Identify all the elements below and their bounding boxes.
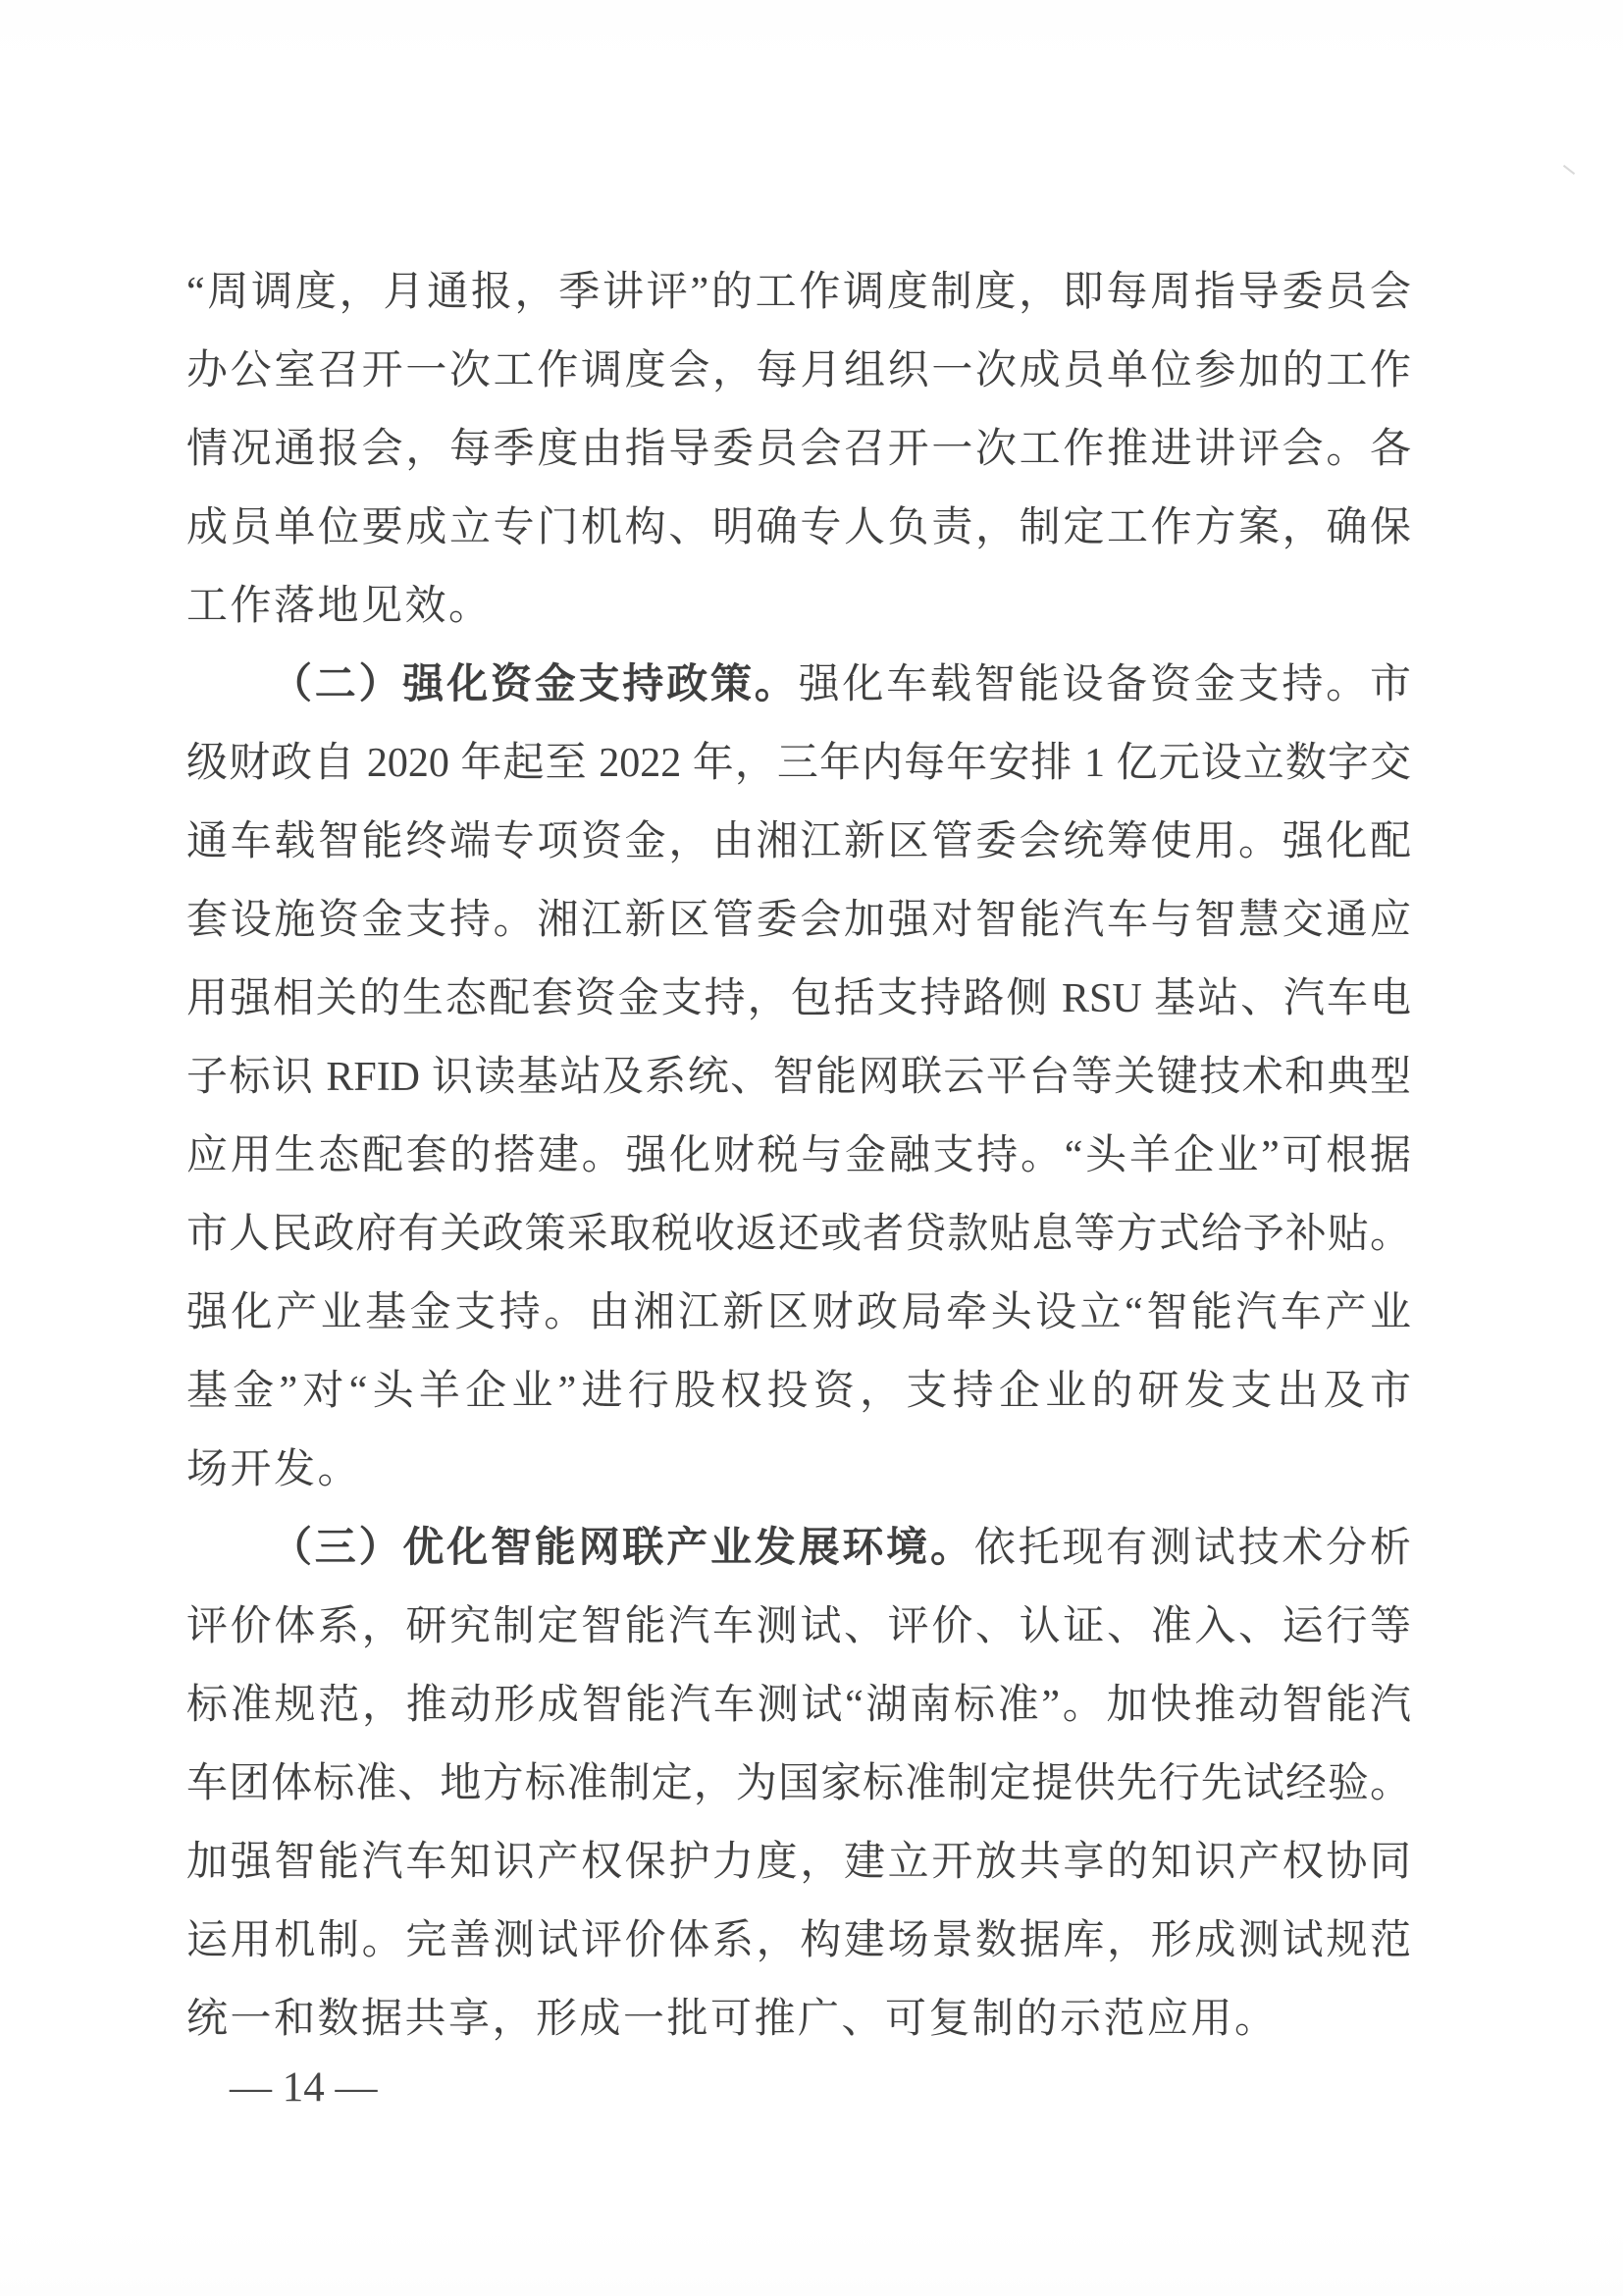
text-line: 市人民政府有关政策采取税收返还或者贷款贴息等方式给予补贴。 [186,1195,1411,1274]
text-line-body: 强化车载智能设备资金支持。市 [799,662,1411,707]
text-line: 级财政自 2020 年起至 2022 年，三年内每年安排 1 亿元设立数字交 [186,724,1411,803]
text-line: 应用生态配套的搭建。强化财税与金融支持。“头羊企业”可根据 [186,1117,1411,1195]
text-line: 用强相关的生态配套资金支持，包括支持路侧 RSU 基站、汽车电 [186,960,1411,1038]
scan-artifact [1563,165,1575,175]
text-line: （三）优化智能网联产业发展环境。依托现有测试技术分析 [186,1509,1411,1588]
text-line: 运用机制。完善测试评价体系，构建场景数据库，形成测试规范 [186,1902,1411,1980]
text-line: 套设施资金支持。湘江新区管委会加强对智能汽车与智慧交通应 [186,881,1411,960]
text-line: 车团体标准、地方标准制定，为国家标准制定提供先行先试经验。 [186,1745,1411,1823]
text-line: 情况通报会，每季度由指导委员会召开一次工作推进讲评会。各 [186,410,1411,489]
text-line: 基金”对“头羊企业”进行股权投资，支持企业的研发支出及市 [186,1352,1411,1431]
text-line: 加强智能汽车知识产权保护力度，建立开放共享的知识产权协同 [186,1823,1411,1902]
text-line: 强化产业基金支持。由湘江新区财政局牵头设立“智能汽车产业 [186,1274,1411,1352]
text-line: 通车载智能终端专项资金，由湘江新区管委会统筹使用。强化配 [186,803,1411,881]
text-line: 评价体系，研究制定智能汽车测试、评价、认证、准入、运行等 [186,1588,1411,1666]
text-line: “周调度，月通报，季讲评”的工作调度制度，即每周指导委员会 [186,253,1411,332]
page-number: — 14 — [230,2057,378,2119]
text-line: 场开发。 [186,1431,1411,1509]
paragraph-heading: （二）强化资金支持政策。 [271,662,799,707]
text-line-body: 依托现有测试技术分析 [974,1526,1411,1571]
text-line: 成员单位要成立专门机构、明确专人负责，制定工作方案，确保 [186,489,1411,567]
text-line: 子标识 RFID 识读基站及系统、智能网联云平台等关键技术和典型 [186,1038,1411,1117]
text-line: 工作落地见效。 [186,567,1411,646]
document-body: “周调度，月通报，季讲评”的工作调度制度，即每周指导委员会办公室召开一次工作调度… [186,253,1411,2059]
text-line: 标准规范，推动形成智能汽车测试“湖南标准”。加快推动智能汽 [186,1666,1411,1745]
text-line: （二）强化资金支持政策。强化车载智能设备资金支持。市 [186,646,1411,724]
document-page: “周调度，月通报，季讲评”的工作调度制度，即每周指导委员会办公室召开一次工作调度… [0,0,1623,2296]
text-line: 统一和数据共享，形成一批可推广、可复制的示范应用。 [186,1980,1411,2059]
paragraph-heading: （三）优化智能网联产业发展环境。 [271,1526,974,1571]
text-line: 办公室召开一次工作调度会，每月组织一次成员单位参加的工作 [186,332,1411,410]
